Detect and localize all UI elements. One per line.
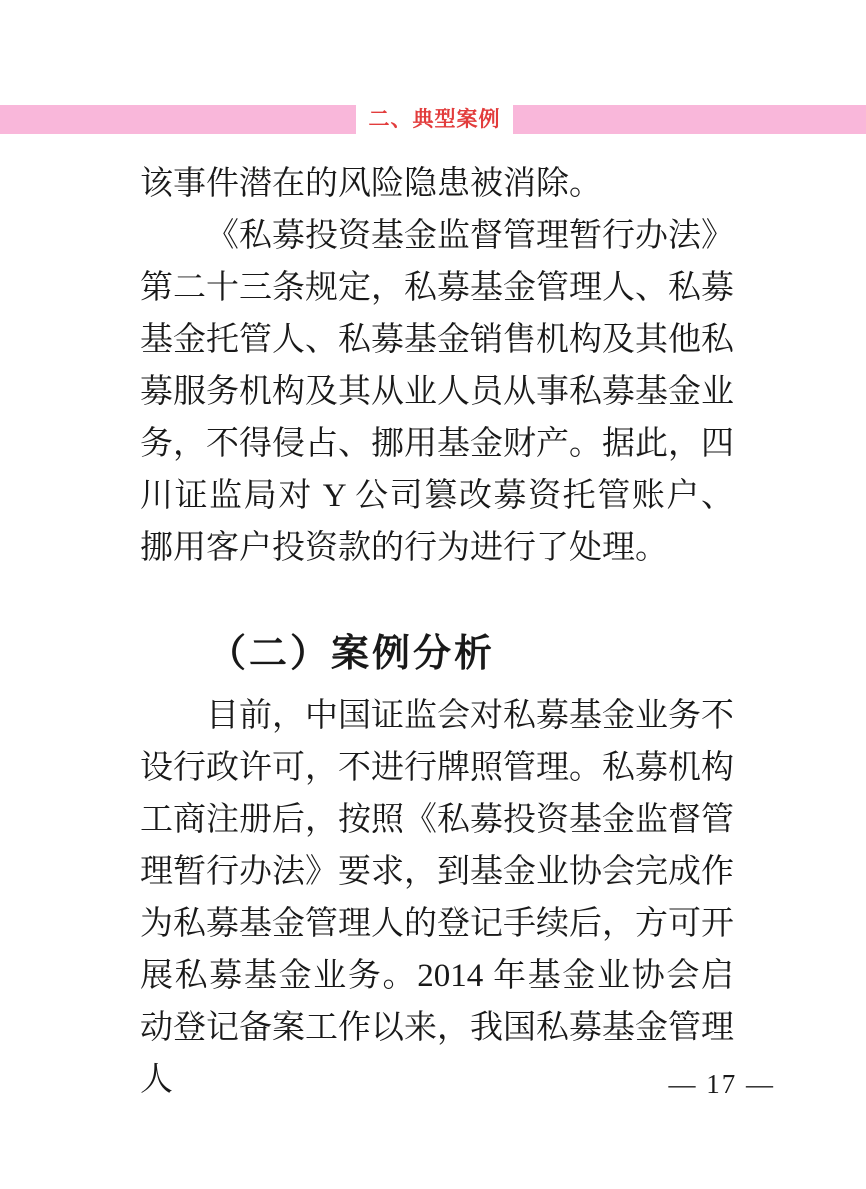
band-left-segment <box>0 105 356 134</box>
body-paragraph-analysis: 目前，中国证监会对私募基金业务不设行政许可，不进行牌照管理。私募机构工商注册后，… <box>140 690 734 1106</box>
band-title-gap: 二、典型案例 <box>356 105 513 134</box>
section-heading: （二）案例分析 <box>140 631 734 677</box>
body-paragraph-regulation: 《私募投资基金监督管理暂行办法》第二十三条规定，私募基金管理人、私募基金托管人、… <box>140 210 734 574</box>
chapter-header-band: 二、典型案例 <box>0 105 866 134</box>
document-page: 二、典型案例 该事件潜在的风险隐患被消除。 《私募投资基金监督管理暂行办法》第二… <box>0 0 866 1189</box>
page-number: — 17 — <box>669 1068 776 1100</box>
chapter-title: 二、典型案例 <box>369 109 501 130</box>
band-right-segment <box>513 105 866 134</box>
body-paragraph-continuation: 该事件潜在的风险隐患被消除。 <box>140 158 734 210</box>
body-text-block: 该事件潜在的风险隐患被消除。 《私募投资基金监督管理暂行办法》第二十三条规定，私… <box>140 158 734 1106</box>
